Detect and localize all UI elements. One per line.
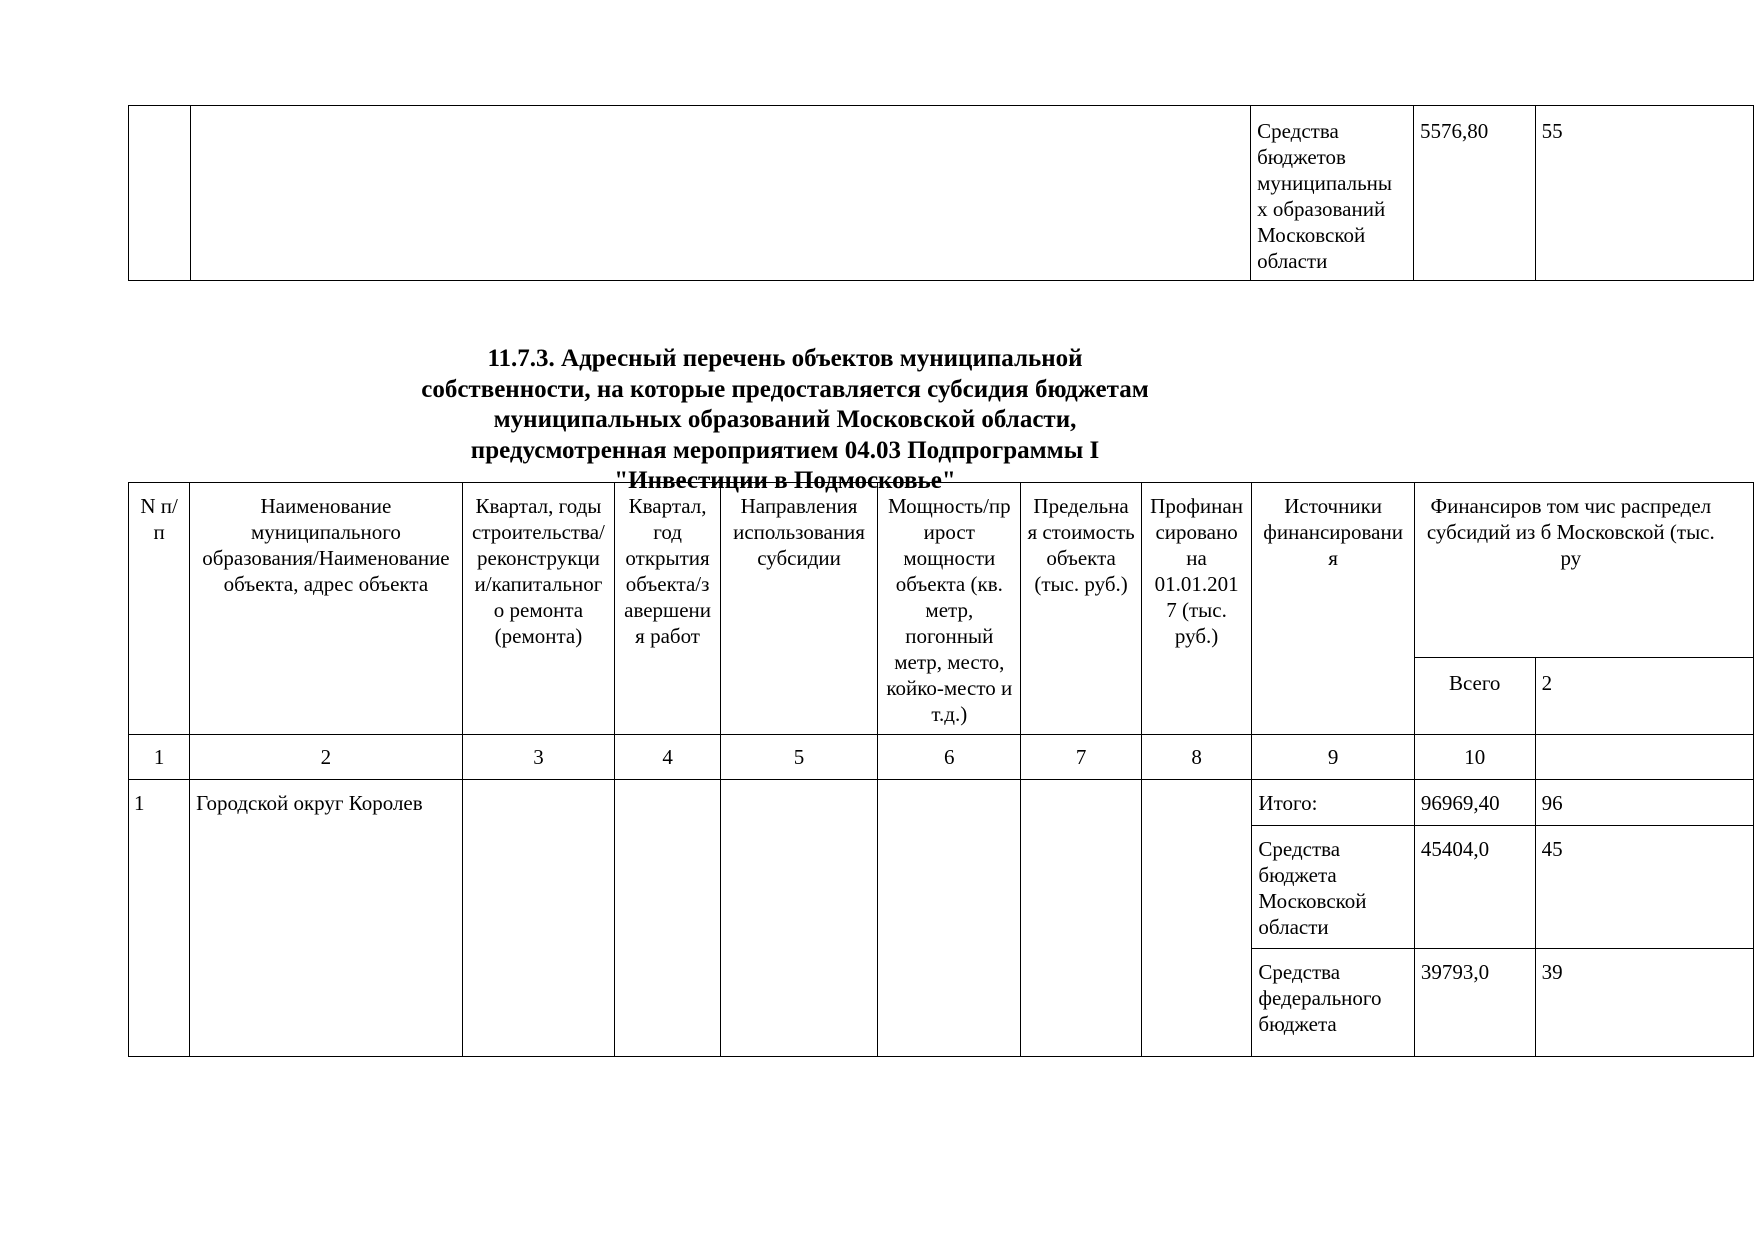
row-number-cell: [129, 106, 191, 281]
heading-line: собственности, на которые предоставляетс…: [380, 375, 1190, 406]
funding-source-cell: Средства бюджетов муниципальны х образов…: [1251, 106, 1414, 281]
build-period-cell: [462, 780, 615, 1057]
header-financing-group: Финансиров том чис распредел субсидий из…: [1414, 483, 1753, 658]
column-number: 6: [878, 735, 1021, 780]
header-name: Наименование муниципального образования/…: [190, 483, 463, 735]
heading-line: 11.7.3. Адресный перечень объектов муниц…: [380, 344, 1190, 375]
header-row: N п/п Наименование муниципального образо…: [129, 483, 1754, 658]
header-build-period: Квартал, годы строительства/ реконструкц…: [462, 483, 615, 735]
total-cell: 96969,40: [1414, 780, 1535, 826]
header-max-cost: Предельна я стоимость объекта (тыс. руб.…: [1021, 483, 1141, 735]
max-cost-cell: [1021, 780, 1141, 1057]
column-number: 4: [615, 735, 721, 780]
year-value-cell: 45: [1535, 826, 1753, 949]
total-cell: 45404,0: [1414, 826, 1535, 949]
column-number: 7: [1021, 735, 1141, 780]
column-number: 9: [1252, 735, 1414, 780]
table-row: 1 Городской округ Королев Итого: 96969,4…: [129, 780, 1754, 826]
header-total: Всего: [1414, 658, 1535, 735]
funding-source-cell: Средства федерального бюджета: [1252, 949, 1414, 1057]
municipality-name-cell: Городской округ Королев: [190, 780, 463, 1057]
funding-source-cell: Средства бюджета Московской области: [1252, 826, 1414, 949]
header-year: 2: [1535, 658, 1753, 735]
column-number: 5: [720, 735, 877, 780]
header-sources: Источники финансировани я: [1252, 483, 1414, 735]
header-open-period: Квартал, год открытия объекта/з авершени…: [615, 483, 721, 735]
financing-group-label: Финансиров том чис распредел субсидий из…: [1421, 493, 1721, 571]
directions-cell: [720, 780, 877, 1057]
year-value-cell: 39: [1535, 949, 1753, 1057]
continued-table: Средства бюджетов муниципальны х образов…: [128, 105, 1754, 281]
column-number: 1: [129, 735, 190, 780]
funding-source-cell: Итого:: [1252, 780, 1414, 826]
year-value-cell: 55: [1535, 106, 1753, 281]
year-value-cell: 96: [1535, 780, 1753, 826]
header-directions: Направления использования субсидии: [720, 483, 877, 735]
total-cell: 39793,0: [1414, 949, 1535, 1057]
column-number: 2: [190, 735, 463, 780]
capacity-cell: [878, 780, 1021, 1057]
column-number: 3: [462, 735, 615, 780]
table-row: Средства бюджетов муниципальны х образов…: [129, 106, 1754, 281]
column-number: 8: [1141, 735, 1252, 780]
heading-line: муниципальных образований Московской обл…: [380, 405, 1190, 436]
financed-cell: [1141, 780, 1252, 1057]
total-cell: 5576,80: [1413, 106, 1535, 281]
object-list-table: N п/п Наименование муниципального образо…: [128, 482, 1754, 1057]
column-numbers-row: 1 2 3 4 5 6 7 8 9 10: [129, 735, 1754, 780]
column-number: 10: [1414, 735, 1535, 780]
header-num: N п/п: [129, 483, 190, 735]
header-financed: Профинан сировано на 01.01.201 7 (тыс. р…: [1141, 483, 1252, 735]
heading-line: предусмотренная мероприятием 04.03 Подпр…: [380, 436, 1190, 467]
column-number: [1535, 735, 1753, 780]
header-capacity: Мощность/пр ирост мощности объекта (кв. …: [878, 483, 1021, 735]
section-heading: 11.7.3. Адресный перечень объектов муниц…: [380, 344, 1190, 497]
open-period-cell: [615, 780, 721, 1057]
row-number-cell: 1: [129, 780, 190, 1057]
object-name-cell: [191, 106, 1251, 281]
